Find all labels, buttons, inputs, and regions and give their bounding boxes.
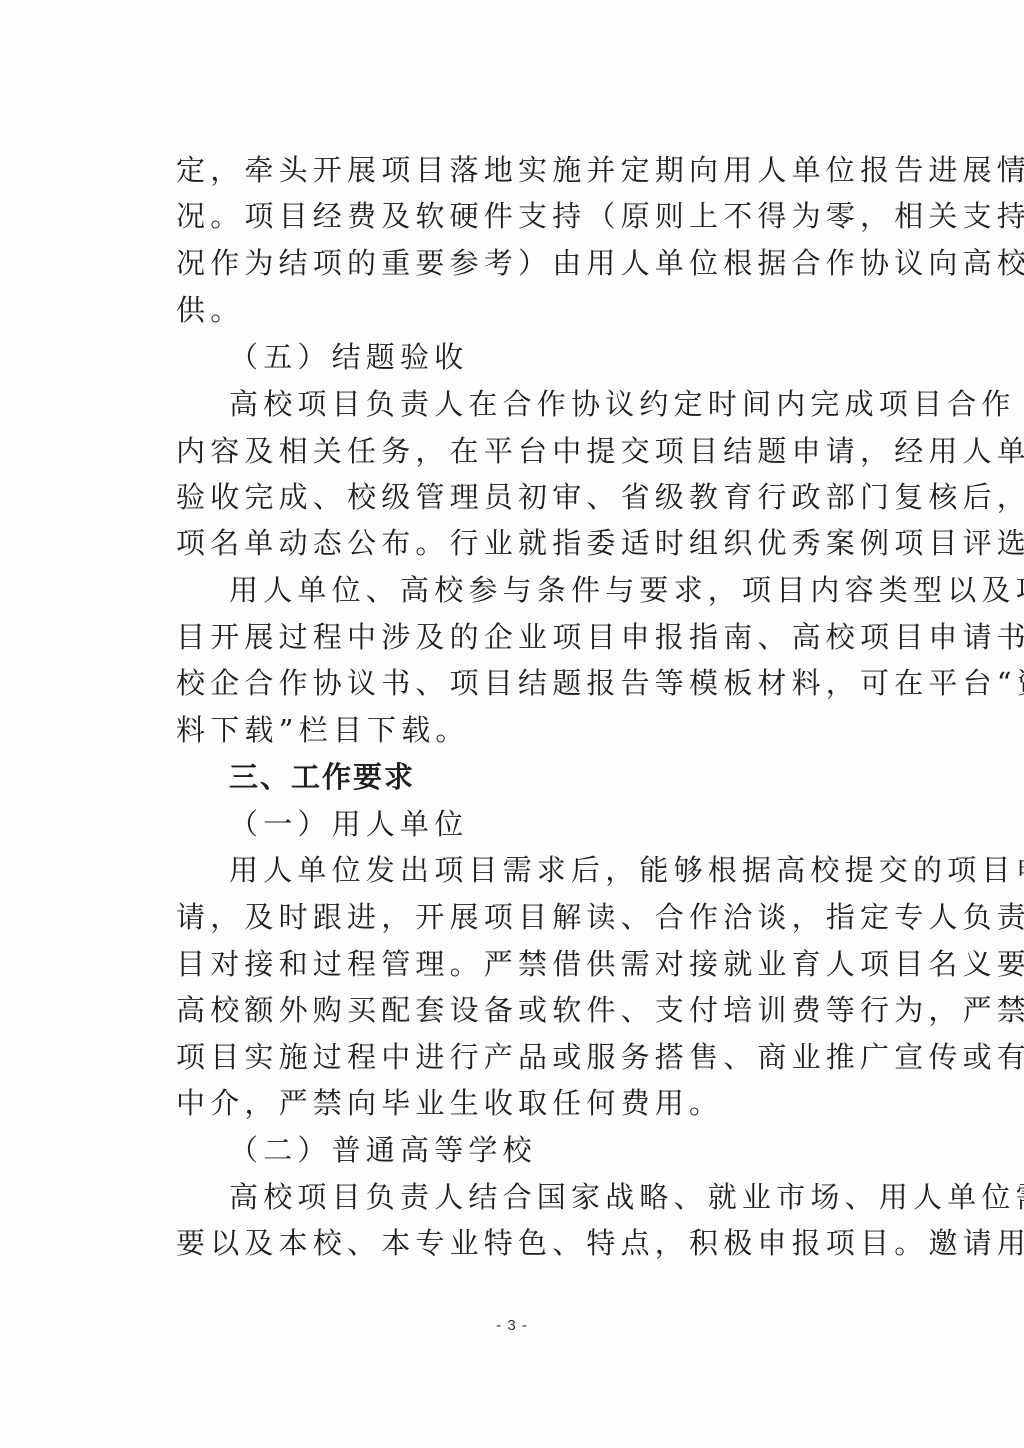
- body-line: 校企合作协议书、项目结题报告等模板材料，可在平台“资: [176, 663, 856, 703]
- section-heading: 三、工作要求: [229, 757, 909, 797]
- body-line: 验收完成、校级管理员初审、省级教育行政部门复核后，结: [176, 477, 856, 517]
- body-line: 请，及时跟进，开展项目解读、合作洽谈，指定专人负责项: [176, 897, 856, 937]
- body-line: 要以及本校、本专业特色、特点，积极申报项目。邀请用人: [176, 1223, 856, 1263]
- section-subheading: （二）普通高等学校: [229, 1130, 909, 1170]
- section-subheading: （一）用人单位: [229, 804, 909, 844]
- body-line: 项目实施过程中进行产品或服务搭售、商业推广宣传或有偿: [176, 1037, 856, 1077]
- body-line: 供。: [176, 290, 856, 330]
- page-number: - 3 -: [0, 1317, 1024, 1334]
- body-line: 高校项目负责人结合国家战略、就业市场、用人单位需: [229, 1177, 909, 1217]
- body-line: 况作为结项的重要参考）由用人单位根据合作协议向高校提: [176, 243, 856, 283]
- body-line: 料下载”栏目下载。: [176, 710, 856, 750]
- body-line: 内容及相关任务，在平台中提交项目结题申请，经用人单位: [176, 431, 856, 471]
- body-line: 目对接和过程管理。严禁借供需对接就业育人项目名义要求: [176, 944, 856, 984]
- document-page: 定，牵头开展项目落地实施并定期向用人单位报告进展情 况。项目经费及软硬件支持（原…: [0, 0, 1024, 1448]
- body-line: 高校额外购买配套设备或软件、支付培训费等行为，严禁在: [176, 990, 856, 1030]
- body-line: 高校项目负责人在合作协议约定时间内完成项目合作: [229, 384, 909, 424]
- section-subheading: （五）结题验收: [229, 337, 909, 377]
- body-line: 定，牵头开展项目落地实施并定期向用人单位报告进展情: [176, 150, 856, 190]
- body-line: 项名单动态公布。行业就指委适时组织优秀案例项目评选。: [176, 523, 856, 563]
- body-line: 用人单位发出项目需求后，能够根据高校提交的项目申: [229, 850, 909, 890]
- body-line: 用人单位、高校参与条件与要求，项目内容类型以及项: [229, 570, 909, 610]
- body-line: 况。项目经费及软硬件支持（原则上不得为零，相关支持情: [176, 196, 856, 236]
- body-line: 中介，严禁向毕业生收取任何费用。: [176, 1083, 856, 1123]
- body-line: 目开展过程中涉及的企业项目申报指南、高校项目申请书、: [176, 617, 856, 657]
